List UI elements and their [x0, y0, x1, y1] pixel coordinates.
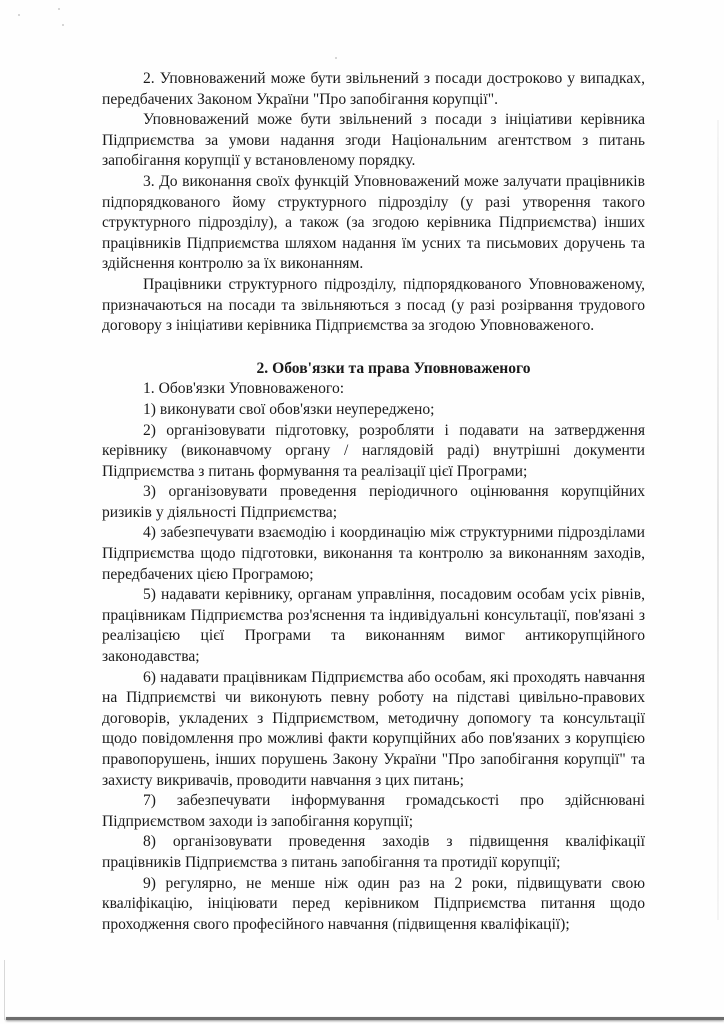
- list-item-duty-2: 2) організовувати підготовку, розробляти…: [102, 421, 645, 483]
- list-item-duty-8: 8) організовувати проведення заходів з п…: [102, 832, 645, 873]
- scan-edge-right: [717, 120, 719, 920]
- scan-speck: [18, 14, 20, 16]
- scan-speck: [58, 8, 60, 10]
- scanned-document-page: 2. Уповноважений може бути звільнений з …: [0, 0, 724, 1024]
- list-item-duty-5: 5) надавати керівнику, органам управлінн…: [102, 585, 645, 667]
- list-item-duty-1: 1) виконувати свої обов'язки неупереджен…: [102, 400, 645, 421]
- scan-speck: [62, 24, 64, 26]
- paragraph-dismissal-early: 2. Уповноважений може бути звільнений з …: [102, 69, 645, 110]
- list-item-duty-6: 6) надавати працівникам Підприємства або…: [102, 668, 645, 792]
- paragraph-subordinate-staff: Працівники структурного підрозділу, підп…: [102, 275, 645, 337]
- section-heading: 2. Обов'язки та права Уповноваженого: [102, 359, 645, 380]
- scan-edge-bottom: [6, 1017, 724, 1020]
- spacer: [102, 337, 645, 341]
- scan-speck: [335, 57, 337, 59]
- list-item-duty-9: 9) регулярно, не менше ніж один раз на 2…: [102, 874, 645, 936]
- list-item-duties-intro: 1. Обов'язки Уповноваженого:: [102, 379, 645, 400]
- document-body: 2. Уповноважений може бути звільнений з …: [102, 69, 645, 935]
- list-item-duty-7: 7) забезпечувати інформування громадсько…: [102, 791, 645, 832]
- paragraph-engage-staff: 3. До виконання своїх функцій Уповноваже…: [102, 172, 645, 275]
- list-item-duty-4: 4) забезпечувати взаємодію і координацію…: [102, 523, 645, 585]
- scan-edge-left: [4, 960, 5, 1020]
- list-item-duty-3: 3) організовувати проведення періодичног…: [102, 482, 645, 523]
- paragraph-dismissal-initiative: Уповноважений може бути звільнений з пос…: [102, 110, 645, 172]
